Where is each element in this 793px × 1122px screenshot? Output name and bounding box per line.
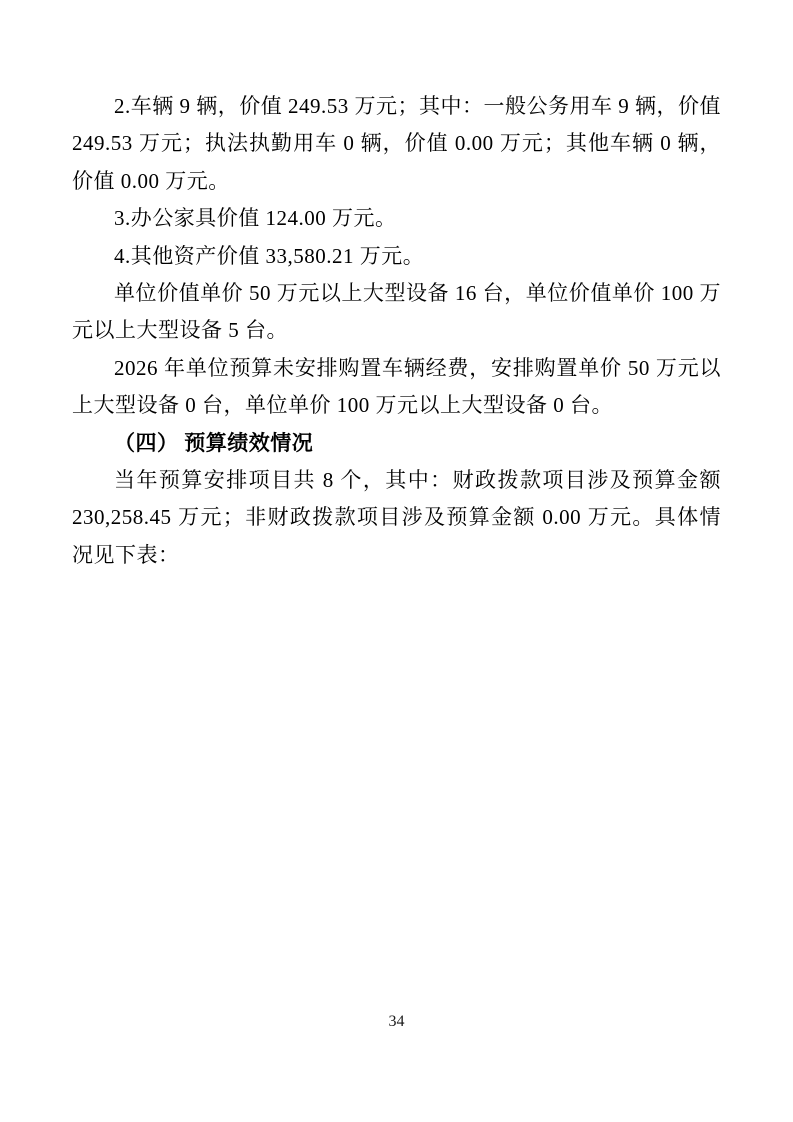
paragraph-2026-procurement-plan: 2026 年单位预算未安排购置车辆经费，安排购置单价 50 万元以上大型设备 0… bbox=[72, 350, 721, 425]
paragraph-other-assets-value: 4.其他资产价值 33,580.21 万元。 bbox=[72, 238, 721, 275]
section-heading-budget-performance: （四） 预算绩效情况 bbox=[72, 425, 721, 462]
paragraph-budget-performance-summary: 当年预算安排项目共 8 个，其中：财政拨款项目涉及预算金额 230,258.45… bbox=[72, 462, 721, 574]
document-page: 2.车辆 9 辆，价值 249.53 万元；其中：一般公务用车 9 辆，价值 2… bbox=[0, 0, 793, 1122]
document-body: 2.车辆 9 辆，价值 249.53 万元；其中：一般公务用车 9 辆，价值 2… bbox=[72, 88, 721, 574]
paragraph-office-furniture-value: 3.办公家具价值 124.00 万元。 bbox=[72, 200, 721, 237]
paragraph-large-equipment-counts: 单位价值单价 50 万元以上大型设备 16 台，单位价值单价 100 万元以上大… bbox=[72, 275, 721, 350]
paragraph-vehicles-value: 2.车辆 9 辆，价值 249.53 万元；其中：一般公务用车 9 辆，价值 2… bbox=[72, 88, 721, 200]
page-number: 34 bbox=[0, 1012, 793, 1032]
